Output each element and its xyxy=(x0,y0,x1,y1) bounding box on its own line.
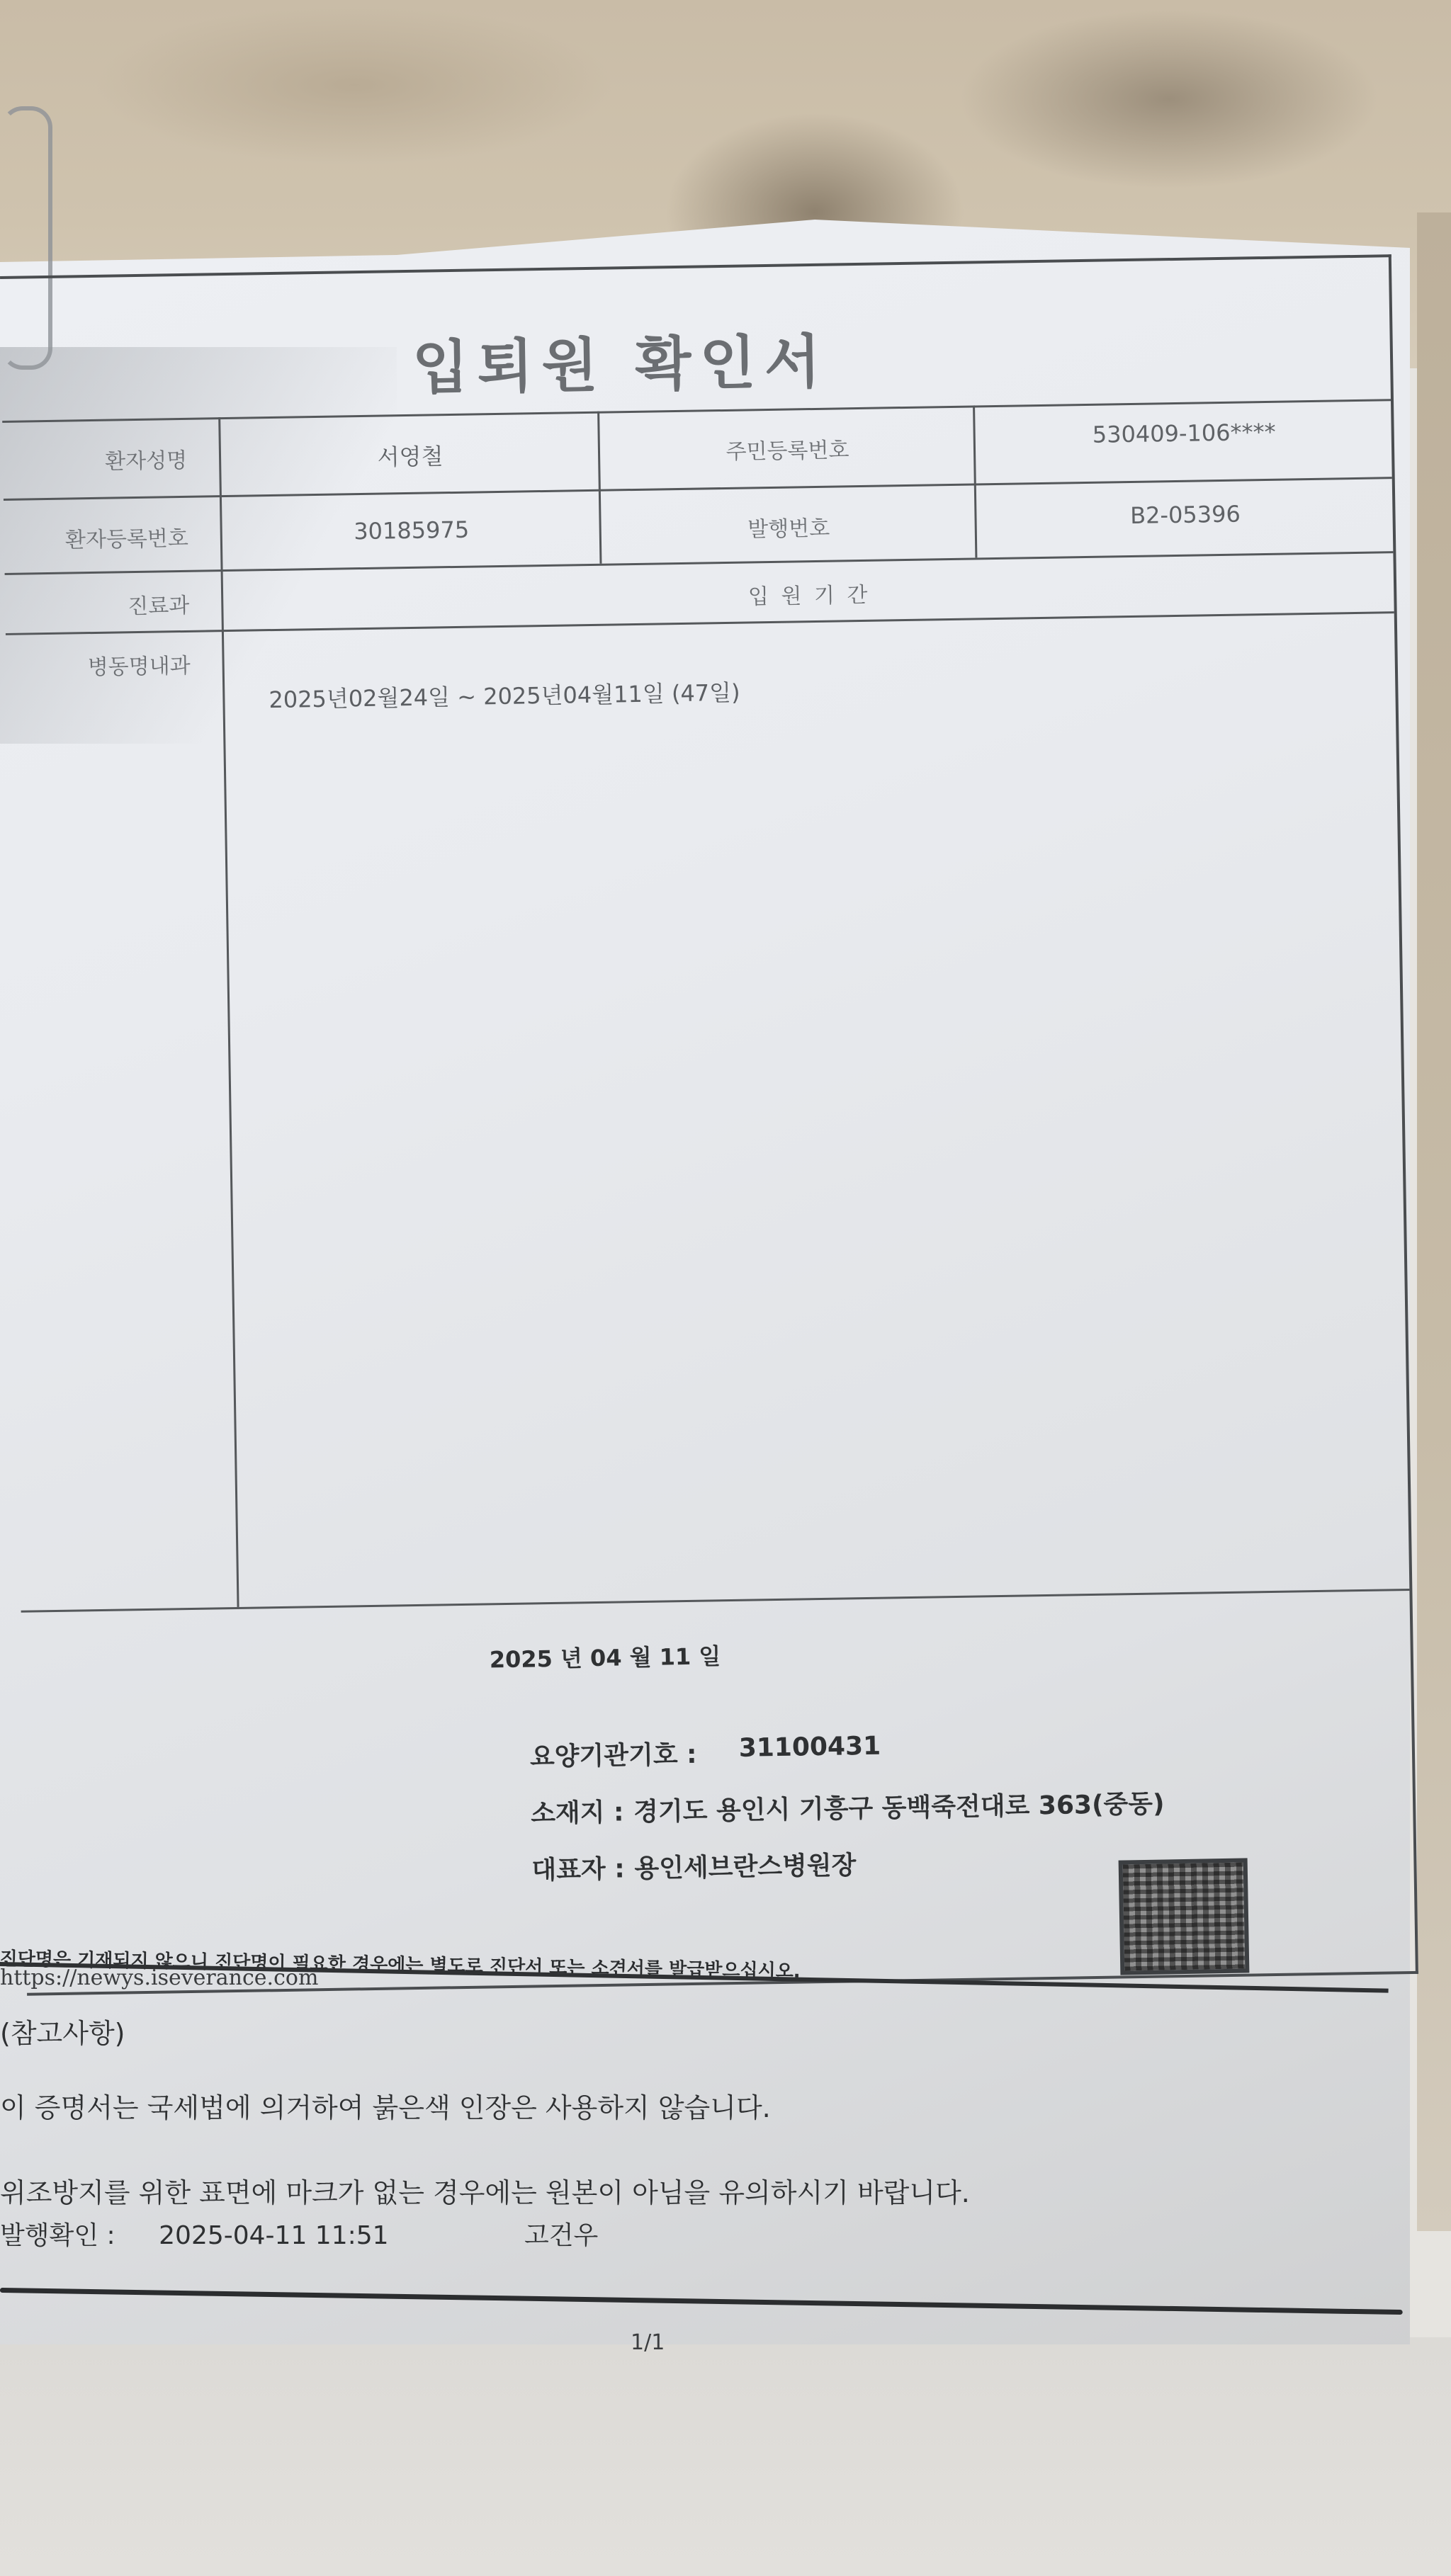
issuer-name: 고건우 xyxy=(524,2215,598,2252)
institution-code-value: 31100431 xyxy=(738,1732,881,1763)
table-surface xyxy=(0,2337,1451,2576)
department-label: 진료과 xyxy=(5,587,218,622)
issued-datetime: 2025-04-11 11:51 xyxy=(159,2221,388,2250)
document-title: 입퇴원 확인서 xyxy=(412,316,830,405)
admission-period-value: 2025년02월24일 ~ 2025년04월11일 (47일) xyxy=(269,675,740,715)
patient-name-value: 서영철 xyxy=(222,436,599,475)
row-divider xyxy=(21,1589,1410,1613)
patient-name-label: 환자성명 xyxy=(3,442,216,477)
patient-number-label: 환자등록번호 xyxy=(4,520,217,555)
resident-id-value: 530409-106**** xyxy=(976,416,1391,450)
issue-number-label: 발행번호 xyxy=(602,508,975,545)
remarks-heading: (참고사항) xyxy=(0,2012,125,2050)
background-edge xyxy=(1417,212,1451,2231)
ward-label: 병동명내과 xyxy=(6,647,219,682)
issued-confirmation: 발행확인 : 2025-04-11 11:51 고건우 xyxy=(0,2215,598,2252)
remark-line: 위조방지를 위한 표면에 마크가 없는 경우에는 원본이 아님을 유의하시기 바… xyxy=(0,2171,970,2210)
page-number: 1/1 xyxy=(631,2330,665,2355)
remark-line: 이 증명서는 국세법에 의거하여 붉은색 인장은 사용하지 않습니다. xyxy=(0,2086,771,2125)
seal-stamp-icon xyxy=(1119,1858,1250,1975)
hospital-url: https://newys.iseverance.com xyxy=(0,1965,318,1990)
institution-code-label: 요양기관기호 : xyxy=(529,1735,696,1774)
address-label: 소재지 : xyxy=(531,1792,624,1829)
row-divider xyxy=(4,477,1392,501)
issue-number-value: B2-05396 xyxy=(978,498,1393,531)
issued-label: 발행확인 : xyxy=(0,2215,115,2252)
resident-id-label: 주민등록번호 xyxy=(602,430,974,467)
representative-value: 용인세브란스병원장 xyxy=(634,1845,857,1885)
representative-label: 대표자 : xyxy=(531,1849,625,1886)
issue-date: 2025 년 04 월 11 일 xyxy=(489,1638,721,1674)
address-value: 경기도 용인시 기흥구 동백죽전대로 363(중동) xyxy=(633,1783,1165,1828)
admission-period-header: 입 원 기 간 xyxy=(225,569,1394,618)
certificate-form: 입퇴원 확인서 환자성명 서영철 주민등록번호 530409-106**** 환… xyxy=(0,254,1418,1996)
patient-number-value: 30185975 xyxy=(223,514,599,547)
